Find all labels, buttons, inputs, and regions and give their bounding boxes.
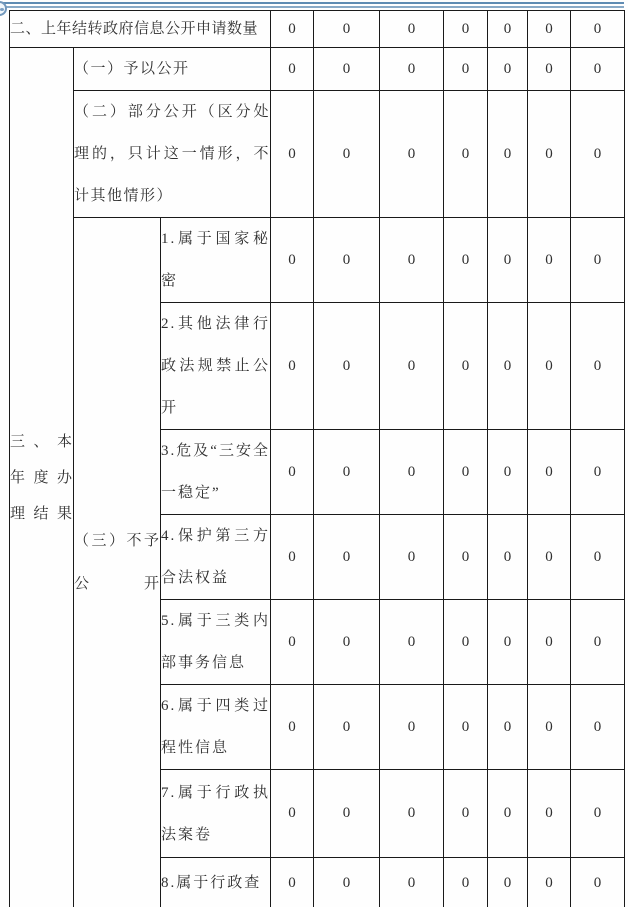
value-cell: 0 <box>380 218 444 303</box>
value-cell: 0 <box>488 858 528 907</box>
value-cell: 0 <box>314 303 380 430</box>
value-cell: 0 <box>380 11 444 48</box>
value-cell: 0 <box>528 770 571 858</box>
anchor-dot <box>0 8 4 11</box>
value-cell: 0 <box>528 685 571 770</box>
value-cell: 0 <box>571 858 625 907</box>
value-cell: 0 <box>380 91 444 218</box>
row-carryover-label: 二、上年结转政府信息公开申请数量 <box>10 11 271 48</box>
value-cell: 0 <box>528 11 571 48</box>
table-row: 三、本年度办理结果 （一）予以公开 0 0 0 0 0 0 0 <box>10 48 625 91</box>
value-cell: 0 <box>571 218 625 303</box>
value-cell: 0 <box>488 303 528 430</box>
value-cell: 0 <box>444 600 488 685</box>
value-cell: 0 <box>528 91 571 218</box>
value-cell: 0 <box>571 303 625 430</box>
value-cell: 0 <box>380 430 444 515</box>
value-cell: 0 <box>488 91 528 218</box>
value-cell: 0 <box>444 858 488 907</box>
value-cell: 0 <box>571 685 625 770</box>
value-cell: 0 <box>488 770 528 858</box>
denied-item-label: 4.保护第三方合法权益 <box>161 515 271 600</box>
table-row: 二、上年结转政府信息公开申请数量 0 0 0 0 0 0 0 <box>10 11 625 48</box>
value-cell: 0 <box>488 430 528 515</box>
value-cell: 0 <box>314 91 380 218</box>
table-row: （二）部分公开（区分处理的，只计这一情形，不计其他情形） 0 0 0 0 0 0… <box>10 91 625 218</box>
value-cell: 0 <box>488 11 528 48</box>
value-cell: 0 <box>571 91 625 218</box>
value-cell: 0 <box>444 48 488 91</box>
denied-item-label: 6.属于四类过程性信息 <box>161 685 271 770</box>
value-cell: 0 <box>528 858 571 907</box>
value-cell: 0 <box>571 515 625 600</box>
value-cell: 0 <box>444 303 488 430</box>
value-cell: 0 <box>271 91 314 218</box>
value-cell: 0 <box>380 770 444 858</box>
row-partial-label: （二）部分公开（区分处理的，只计这一情形，不计其他情形） <box>74 91 271 218</box>
value-cell: 0 <box>314 858 380 907</box>
value-cell: 0 <box>488 48 528 91</box>
row-granted-label: （一）予以公开 <box>74 48 271 91</box>
value-cell: 0 <box>571 11 625 48</box>
value-cell: 0 <box>380 685 444 770</box>
value-cell: 0 <box>314 600 380 685</box>
denied-item-label: 7.属于行政执法案卷 <box>161 770 271 858</box>
value-cell: 0 <box>314 48 380 91</box>
denied-item-label: 3.危及“三安全一稳定” <box>161 430 271 515</box>
page-top-rule <box>0 2 624 8</box>
value-cell: 0 <box>444 218 488 303</box>
value-cell: 0 <box>271 515 314 600</box>
value-cell: 0 <box>314 11 380 48</box>
value-cell: 0 <box>380 515 444 600</box>
value-cell: 0 <box>271 685 314 770</box>
value-cell: 0 <box>271 600 314 685</box>
value-cell: 0 <box>314 218 380 303</box>
value-cell: 0 <box>380 858 444 907</box>
value-cell: 0 <box>571 48 625 91</box>
value-cell: 0 <box>528 515 571 600</box>
value-cell: 0 <box>528 303 571 430</box>
denied-item-label: 1.属于国家秘密 <box>161 218 271 303</box>
value-cell: 0 <box>528 430 571 515</box>
table-row: （三）不予公开 1.属于国家秘密 0 0 0 0 0 0 0 <box>10 218 625 303</box>
value-cell: 0 <box>314 770 380 858</box>
value-cell: 0 <box>488 685 528 770</box>
value-cell: 0 <box>271 218 314 303</box>
denied-item-label: 8.属于行政查 <box>161 858 271 907</box>
value-cell: 0 <box>571 770 625 858</box>
value-cell: 0 <box>271 858 314 907</box>
value-cell: 0 <box>528 600 571 685</box>
denied-item-label: 5.属于三类内部事务信息 <box>161 600 271 685</box>
value-cell: 0 <box>444 515 488 600</box>
value-cell: 0 <box>271 770 314 858</box>
value-cell: 0 <box>488 218 528 303</box>
value-cell: 0 <box>528 48 571 91</box>
value-cell: 0 <box>571 430 625 515</box>
value-cell: 0 <box>380 600 444 685</box>
value-cell: 0 <box>314 515 380 600</box>
value-cell: 0 <box>380 48 444 91</box>
value-cell: 0 <box>528 218 571 303</box>
value-cell: 0 <box>488 515 528 600</box>
value-cell: 0 <box>488 600 528 685</box>
section-results-label: 三、本年度办理结果 <box>10 48 74 907</box>
value-cell: 0 <box>444 685 488 770</box>
value-cell: 0 <box>271 303 314 430</box>
value-cell: 0 <box>571 600 625 685</box>
group-denied-label: （三）不予公开 <box>74 218 161 907</box>
value-cell: 0 <box>271 48 314 91</box>
value-cell: 0 <box>444 430 488 515</box>
value-cell: 0 <box>271 11 314 48</box>
denied-item-label: 2.其他法律行政法规禁止公开 <box>161 303 271 430</box>
value-cell: 0 <box>271 430 314 515</box>
value-cell: 0 <box>314 685 380 770</box>
disclosure-report-table: 二、上年结转政府信息公开申请数量 0 0 0 0 0 0 0 三、本年度办理结果… <box>9 10 625 907</box>
value-cell: 0 <box>444 11 488 48</box>
value-cell: 0 <box>380 303 444 430</box>
value-cell: 0 <box>444 91 488 218</box>
document-page: { "page": { "rule_top_color": "#5f8cb3",… <box>0 0 628 907</box>
value-cell: 0 <box>314 430 380 515</box>
value-cell: 0 <box>444 770 488 858</box>
